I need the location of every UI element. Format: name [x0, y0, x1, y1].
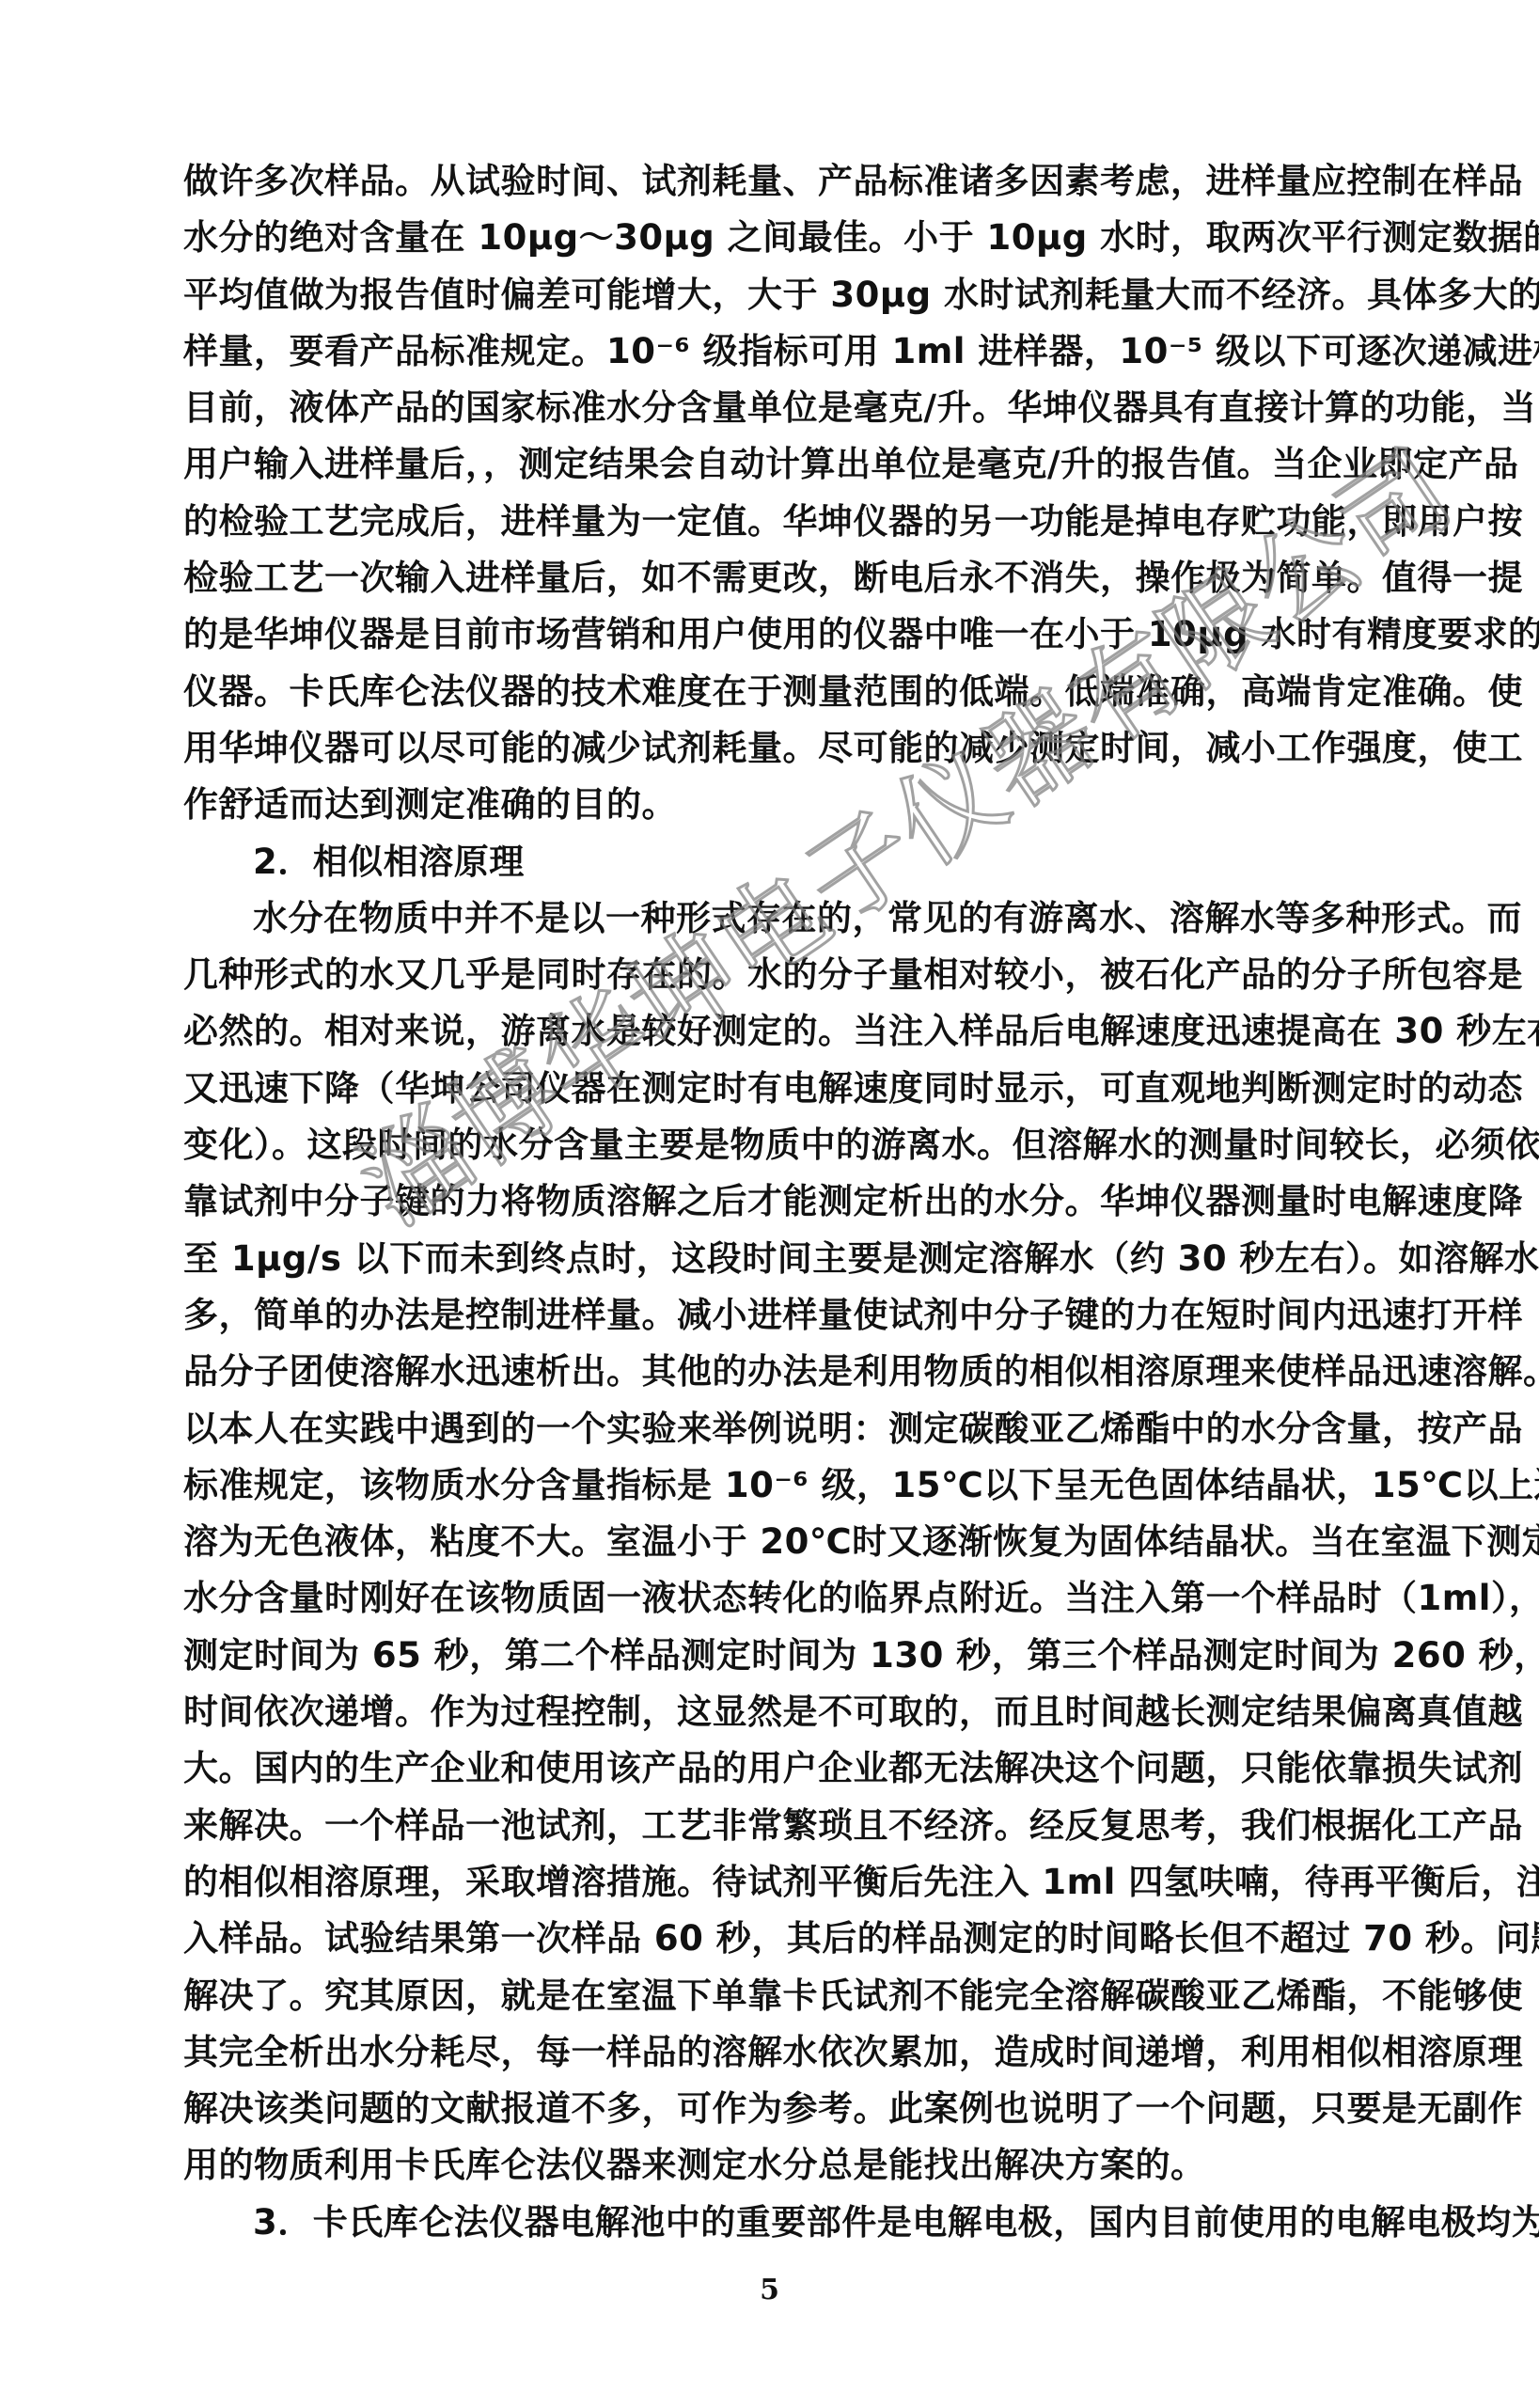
text-line: 至 1μg/s 以下而未到终点时，这段时间主要是测定溶解水（约 30 秒左右）。… — [183, 1231, 1351, 1287]
text-line: 多，简单的办法是控制进样量。减小进样量使试剂中分子键的力在短时间内迅速打开样 — [183, 1287, 1351, 1344]
text-line: 又迅速下降（华坤公司仪器在测定时有电解速度同时显示，可直观地判断测定时的动态 — [183, 1061, 1351, 1117]
text-line: 解决该类问题的文献报道不多，可作为参考。此案例也说明了一个问题，只要是无副作 — [183, 2081, 1351, 2137]
text-line: 变化）。这段时间的水分含量主要是物质中的游离水。但溶解水的测量时间较长，必须依 — [183, 1117, 1351, 1173]
text-line: 的检验工艺完成后，进样量为一定值。华坤仪器的另一功能是掉电存贮功能，即用户按 — [183, 494, 1351, 550]
text-line: 作舒适而达到测定准确的目的。 — [183, 777, 1351, 833]
section-heading: 2．相似相溶原理 — [183, 834, 1351, 890]
text-line: 以本人在实践中遇到的一个实验来举例说明：测定碳酸亚乙烯酯中的水分含量，按产品 — [183, 1401, 1351, 1457]
text-line: 的是华坤仪器是目前市场营销和用户使用的仪器中唯一在小于 10μg 水时有精度要求… — [183, 606, 1351, 663]
text-line: 品分子团使溶解水迅速析出。其他的办法是利用物质的相似相溶原理来使样品迅速溶解。 — [183, 1344, 1351, 1400]
text-line: 目前，液体产品的国家标准水分含量单位是毫克/升。华坤仪器具有直接计算的功能，当 — [183, 380, 1351, 436]
paragraph-continuation: 做许多次样品。从试验时间、试剂耗量、产品标准诸多因素考虑，进样量应控制在样品 水… — [183, 153, 1351, 834]
text-line: 用的物质利用卡氏库仑法仪器来测定水分总是能找出解决方案的。 — [183, 2137, 1351, 2194]
text-line: 几种形式的水又几乎是同时存在的。水的分子量相对较小，被石化产品的分子所包容是 — [183, 947, 1351, 1003]
text-line: 水分的绝对含量在 10μg～30μg 之间最佳。小于 10μg 水时，取两次平行… — [183, 210, 1351, 266]
text-line: 时间依次递增。作为过程控制，这显然是不可取的，而且时间越长测定结果偏离真值越 — [183, 1684, 1351, 1740]
text-line: 样量，要看产品标准规定。10⁻⁶ 级指标可用 1ml 进样器，10⁻⁵ 级以下可… — [183, 323, 1351, 380]
text-line: 标准规定，该物质水分含量指标是 10⁻⁶ 级，15℃以下呈无色固体结晶状，15℃… — [183, 1457, 1351, 1514]
text-line: 其完全析出水分耗尽，每一样品的溶解水依次累加，造成时间递增，利用相似相溶原理 — [183, 2024, 1351, 2081]
text-line: 做许多次样品。从试验时间、试剂耗量、产品标准诸多因素考虑，进样量应控制在样品 — [183, 153, 1351, 210]
text-line: 必然的。相对来说，游离水是较好测定的。当注入样品后电解速度迅速提高在 30 秒左… — [183, 1003, 1351, 1060]
text-line: 解决了。究其原因，就是在室温下单靠卡氏试剂不能完全溶解碳酸亚乙烯酯，不能够使 — [183, 1968, 1351, 2024]
text-line: 大。国内的生产企业和使用该产品的用户企业都无法解决这个问题，只能依靠损失试剂 — [183, 1740, 1351, 1797]
text-line: 水分在物质中并不是以一种形式存在的，常见的有游离水、溶解水等多种形式。而 — [183, 890, 1351, 947]
text-line: 平均值做为报告值时偏差可能增大，大于 30μg 水时试剂耗量大而不经济。具体多大… — [183, 267, 1351, 323]
text-line: 仪器。卡氏库仑法仪器的技术难度在于测量范围的低端。低端准确，高端肯定准确。使 — [183, 664, 1351, 720]
body-text: 做许多次样品。从试验时间、试剂耗量、产品标准诸多因素考虑，进样量应控制在样品 水… — [183, 153, 1351, 2251]
document-page: 做许多次样品。从试验时间、试剂耗量、产品标准诸多因素考虑，进样量应控制在样品 水… — [0, 0, 1539, 2408]
page-number: 5 — [0, 2274, 1539, 2306]
text-line: 入样品。试验结果第一次样品 60 秒，其后的样品测定的时间略长但不超过 70 秒… — [183, 1911, 1351, 1967]
paragraph-similar-dissolves-similar: 水分在物质中并不是以一种形式存在的，常见的有游离水、溶解水等多种形式。而 几种形… — [183, 890, 1351, 2195]
text-line: 来解决。一个样品一池试剂，工艺非常繁琐且不经济。经反复思考，我们根据化工产品 — [183, 1798, 1351, 1854]
section-3-line: 3．卡氏库仑法仪器电解池中的重要部件是电解电极，国内目前使用的电解电极均为 — [183, 2195, 1351, 2251]
text-line: 用户输入进样量后，，测定结果会自动计算出单位是毫克/升的报告值。当企业即定产品 — [183, 436, 1351, 493]
text-line: 检验工艺一次输入进样量后，如不需更改，断电后永不消失，操作极为简单。值得一提 — [183, 550, 1351, 606]
text-line: 测定时间为 65 秒，第二个样品测定时间为 130 秒，第三个样品测定时间为 2… — [183, 1628, 1351, 1684]
text-line: 靠试剂中分子键的力将物质溶解之后才能测定析出的水分。华坤仪器测量时电解速度降 — [183, 1173, 1351, 1230]
text-line: 溶为无色液体，粘度不大。室温小于 20℃时又逐渐恢复为固体结晶状。当在室温下测定 — [183, 1514, 1351, 1570]
text-line: 用华坤仪器可以尽可能的减少试剂耗量。尽可能的减少测定时间，减小工作强度，使工 — [183, 720, 1351, 777]
text-line: 水分含量时刚好在该物质固一液状态转化的临界点附近。当注入第一个样品时（1ml）， — [183, 1570, 1351, 1627]
text-line: 的相似相溶原理，采取增溶措施。待试剂平衡后先注入 1ml 四氢呋喃，待再平衡后，… — [183, 1854, 1351, 1911]
